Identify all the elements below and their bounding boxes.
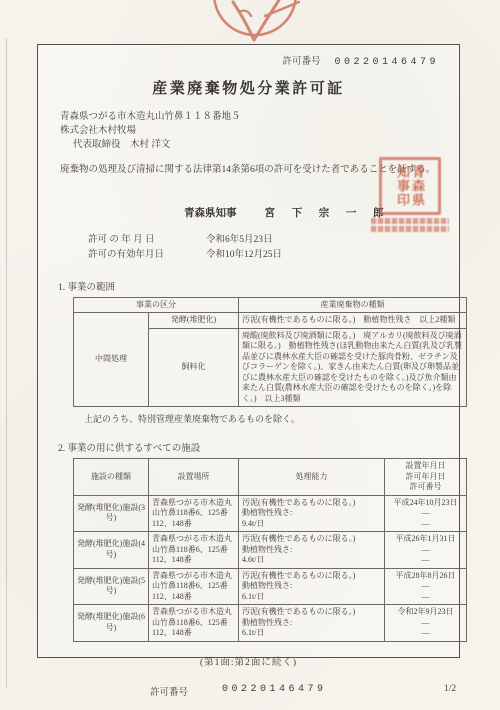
section1-heading: 1. 事業の範囲 xyxy=(58,279,445,293)
permit-holder-block: 青森県つがる市木造丸山竹鼻１１８番地５ 株式会社木村牧場 代表取締役 木村 洋文 xyxy=(60,111,445,152)
issue-date-value: 令和6年5月23日 xyxy=(206,233,273,248)
facility-type-cell: 発酵(堆肥化)施設(3号) xyxy=(74,495,149,532)
scan-edge-artifact xyxy=(6,38,7,688)
header-permit-number: 許可番号 00220146479 xyxy=(52,53,445,68)
table-row: 発酵(堆肥化)施設(4号) 青森県つがる市木造丸 山竹鼻118番6、125番 1… xyxy=(74,532,467,569)
governor-square-seal-icon: 知事印 青森県 xyxy=(379,157,441,215)
facility-type-cell: 発酵(堆肥化)施設(5号) xyxy=(74,568,149,605)
footer-permit-number-label: 許可番号 xyxy=(150,684,188,698)
section2-heading: 2. 事業の用に供するすべての施設 xyxy=(58,440,445,454)
scope-category-cell: 中間処理 xyxy=(74,313,149,407)
facility-dates-cell: 平成24年10月23日 ― ― xyxy=(385,495,467,532)
top-partial-round-stamp-icon xyxy=(203,0,307,44)
official-seal-icon: 知事印 青森県 xyxy=(369,157,451,232)
facility-location-cell: 青森県つがる市木造丸 山竹鼻118番6、125番 112、148番 xyxy=(149,532,239,569)
expiry-date-value: 令和10年12月25日 xyxy=(206,248,282,263)
expiry-date-label: 許可の有効年月日 xyxy=(88,248,206,263)
facility-dates-cell: 平成28年8月26日 ― ― xyxy=(385,568,467,605)
holder-representative: 代表取締役 木村 洋文 xyxy=(60,139,445,153)
seal-text-column: 青森県 xyxy=(411,165,424,207)
scope-header-division: 事業の区分 xyxy=(74,297,239,313)
facility-capacity-cell: 汚泥(有機性であるものに限る。) 動植物性残さ: 6.1t/日 xyxy=(239,605,385,642)
facility-capacity-cell: 汚泥(有機性であるものに限る。) 動植物性残さ: 6.1t/日 xyxy=(239,568,385,605)
permit-dates-block: 許可 の 年 月 日 令和6年5月23日 許可の有効年月日 令和10年12月25… xyxy=(88,233,445,263)
footer-permit-number-value: 00220146479 xyxy=(222,684,327,695)
permit-number-value: 00220146479 xyxy=(334,57,439,68)
facility-header-location: 設置場所 xyxy=(149,459,239,496)
table-row: 発酵(堆肥化)施設(3号) 青森県つがる市木造丸 山竹鼻118番6、125番 1… xyxy=(74,495,467,532)
continuation-note: (第1面:第2面に続く) xyxy=(52,654,445,668)
facility-capacity-cell: 汚泥(有機性であるものに限る。) 動植物性残さ: 4.6t/日 xyxy=(239,532,385,569)
facility-type-cell: 発酵(堆肥化)施設(6号) xyxy=(74,605,149,642)
document-page: 許可番号 00220146479 産業廃棄物処分業許可証 青森県つがる市木造丸山… xyxy=(37,44,460,658)
facility-dates-cell: 平成26年1月31日 ― ― xyxy=(385,532,467,569)
holder-company: 株式会社木村牧場 xyxy=(60,125,445,139)
facility-header-type: 施設の種類 xyxy=(74,459,149,496)
facility-header-capacity: 処理能力 xyxy=(239,459,385,496)
scope-waste-cell: 廃酸(廃飲料及び廃酒類に限る。) 廃アルカリ(廃飲料及び廃酒類に限る。) 動植物… xyxy=(239,328,467,407)
scope-waste-cell: 汚泥(有機性であるものに限る。) 動植物性残さ 以上2種類 xyxy=(239,313,467,329)
document-title: 産業廃棄物処分業許可証 xyxy=(52,77,445,98)
holder-address: 青森県つがる市木造丸山竹鼻１１８番地５ xyxy=(60,111,445,125)
facility-type-cell: 発酵(堆肥化)施設(4号) xyxy=(74,532,149,569)
scope-header-waste: 産業廃棄物の種類 xyxy=(239,297,467,313)
facility-location-cell: 青森県つがる市木造丸 山竹鼻118番6、125番 112、148番 xyxy=(149,568,239,605)
seal-text-column: 知事印 xyxy=(396,165,409,207)
scope-process-cell: 発酵(堆肥化) xyxy=(149,313,239,329)
facility-location-cell: 青森県つがる市木造丸 山竹鼻118番6、125番 112、148番 xyxy=(149,605,239,642)
seal-sub-stamp-icon xyxy=(371,218,449,232)
table-row: 中間処理 発酵(堆肥化) 汚泥(有機性であるものに限る。) 動植物性残さ 以上2… xyxy=(74,313,467,329)
issue-date-label: 許可 の 年 月 日 xyxy=(88,233,206,248)
scope-process-cell: 飼料化 xyxy=(149,328,239,407)
issuer-title: 青森県知事 xyxy=(184,205,237,220)
scope-exclusion-note: 上記のうち、特別管理産業廃棄物であるものを除く。 xyxy=(84,412,445,425)
permit-number-label: 許可番号 xyxy=(282,53,320,67)
facilities-table: 施設の種類 設置場所 処理能力 設置年月日 許可年月日 許可番号 発酵(堆肥化)… xyxy=(73,458,467,642)
page-indicator: 1/2 xyxy=(444,684,456,694)
facility-location-cell: 青森県つがる市木造丸 山竹鼻118番6、125番 112、148番 xyxy=(149,495,239,532)
facility-header-dates: 設置年月日 許可年月日 許可番号 xyxy=(385,459,467,496)
facility-capacity-cell: 汚泥(有機性であるものに限る。) 動植物性残さ: 9.4t/日 xyxy=(239,495,385,532)
table-row: 発酵(堆肥化)施設(5号) 青森県つがる市木造丸 山竹鼻118番6、125番 1… xyxy=(74,568,467,605)
business-scope-table: 事業の区分 産業廃棄物の種類 中間処理 発酵(堆肥化) 汚泥(有機性であるものに… xyxy=(73,297,467,408)
table-row: 発酵(堆肥化)施設(6号) 青森県つがる市木造丸 山竹鼻118番6、125番 1… xyxy=(74,605,467,642)
facility-dates-cell: 令和2年9月23日 ― ― xyxy=(385,605,467,642)
